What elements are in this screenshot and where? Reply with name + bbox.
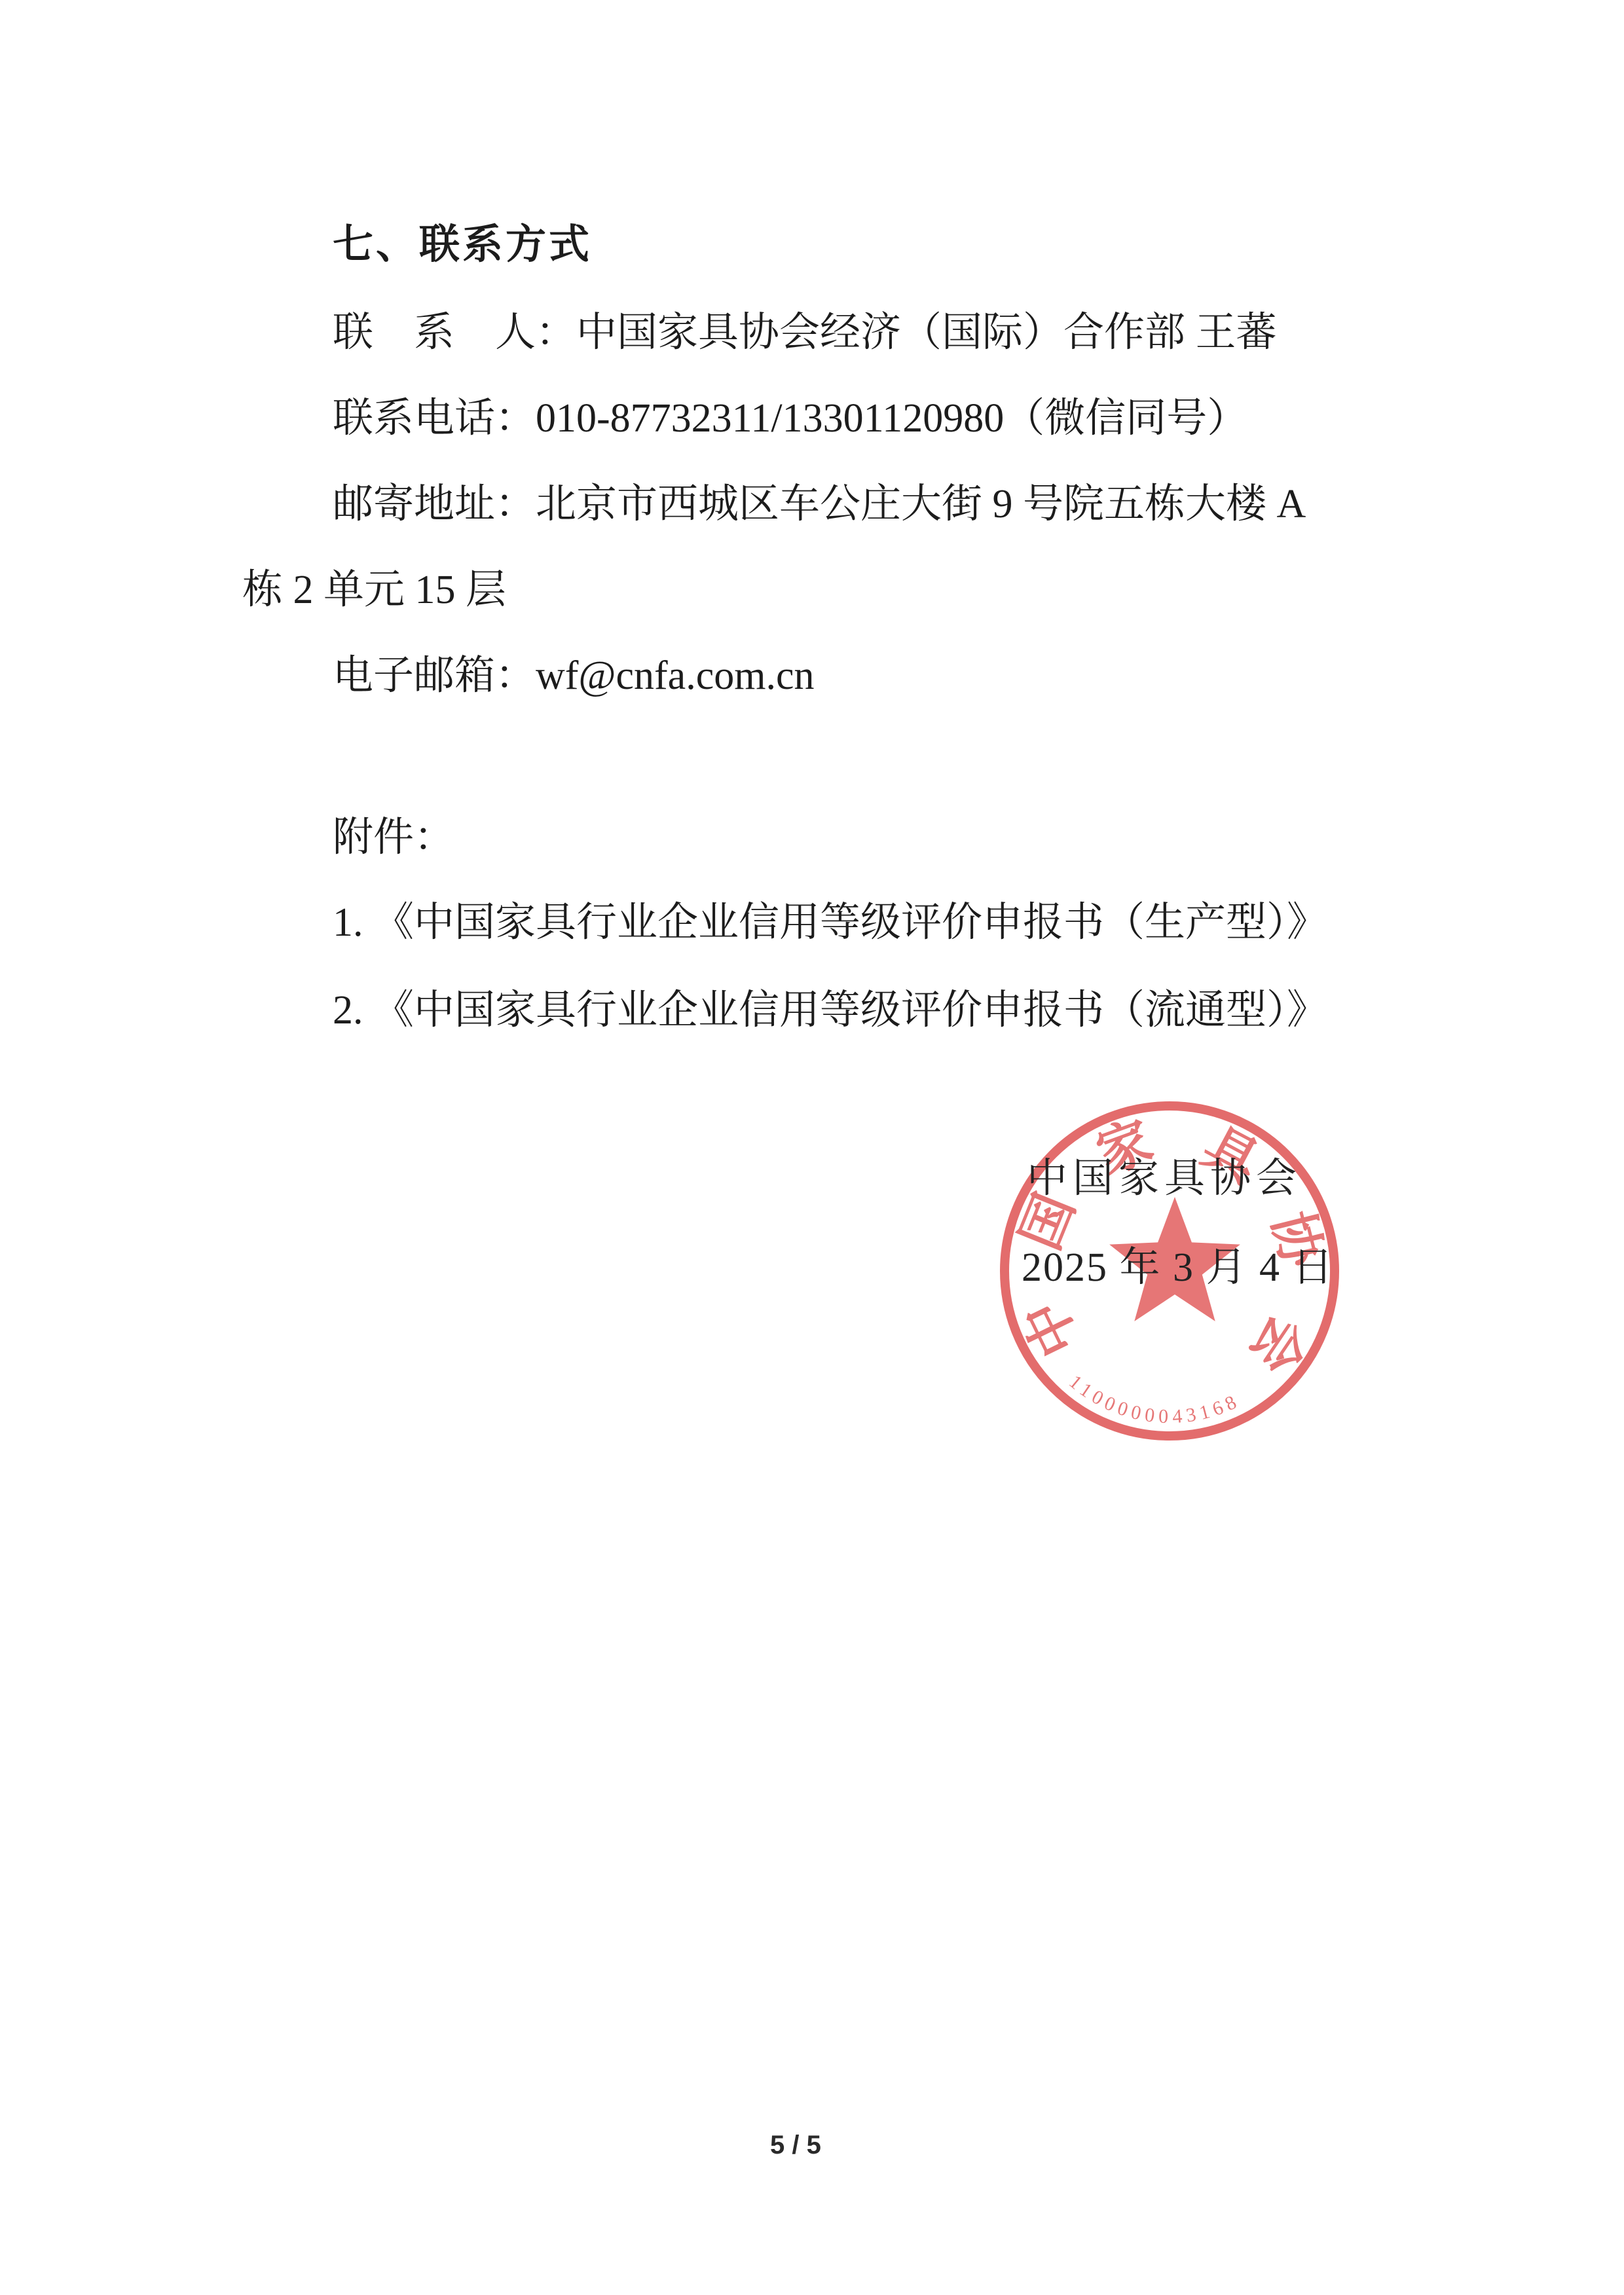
page-number: 5 / 5	[770, 2132, 821, 2158]
mailing-address-line-2: 栋 2 单元 15 层	[242, 569, 506, 611]
contact-email-line: 电子邮箱：wf@cnfa.com.cn	[333, 655, 814, 697]
attachment-item-1: 1. 《中国家具行业企业信用等级评价申报书（生产型）》	[333, 902, 1327, 944]
attachment-item-2: 2. 《中国家具行业企业信用等级评价申报书（流通型）》	[333, 989, 1327, 1031]
section-heading: 七、联系方式	[333, 224, 592, 266]
document-page: 七、联系方式 联 系 人：中国家具协会经济（国际）合作部 王蕃 联系电话：010…	[0, 0, 1624, 2295]
attachments-label: 附件：	[333, 817, 454, 858]
contact-person-line: 联 系 人：中国家具协会经济（国际）合作部 王蕃	[333, 312, 1277, 354]
signature-org-name: 中国家具协会	[1027, 1158, 1302, 1199]
contact-phone-line: 联系电话：010-87732311/13301120980（微信同号）	[333, 397, 1247, 439]
signature-date: 2025 年 3 月 4 日	[1022, 1247, 1335, 1288]
mailing-address-line-1: 邮寄地址：北京市西城区车公庄大街 9 号院五栋大楼 A	[333, 483, 1306, 525]
